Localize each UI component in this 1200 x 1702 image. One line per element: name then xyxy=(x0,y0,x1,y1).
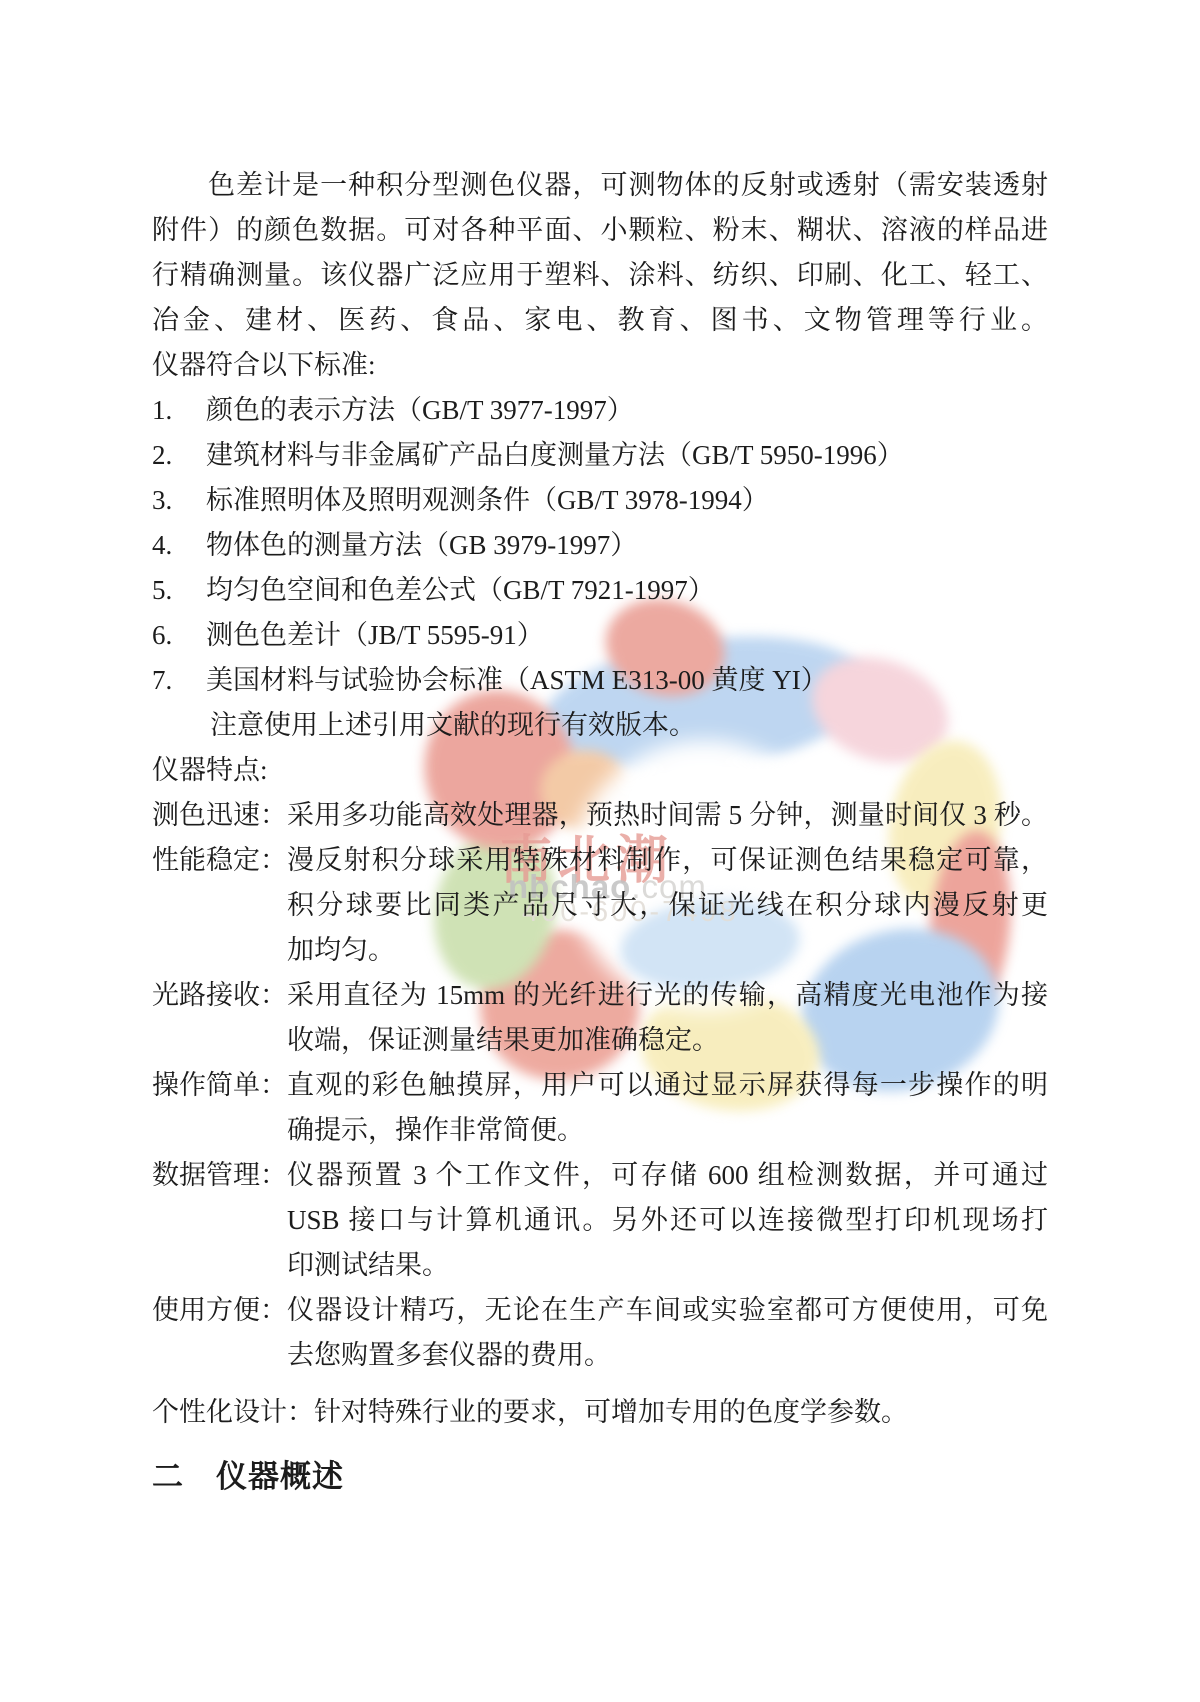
section-heading: 二 仪器概述 xyxy=(152,1454,1048,1499)
feature-item: 操作简单： 直观的彩色触摸屏，用户可以通过显示屏获得每一步操作的明 确提示，操作… xyxy=(152,1063,1048,1153)
standard-number: 3. xyxy=(152,478,206,523)
feature-item: 光路接收： 采用直径为 15mm 的光纤进行光的传输，高精度光电池作为接 收端，… xyxy=(152,973,1048,1063)
standard-number: 5. xyxy=(152,568,206,613)
note-line: 注意使用上述引用文献的现行有效版本。 xyxy=(152,703,1048,748)
feature-line: 加均匀。 xyxy=(287,928,1048,973)
standards-heading: 仪器符合以下标准: xyxy=(152,343,1048,388)
feature-text: 仪器设计精巧，无论在生产车间或实验室都可方便使用，可免 去您购置多套仪器的费用。 xyxy=(287,1288,1048,1378)
standard-item: 4.物体色的测量方法（GB 3979-1997） xyxy=(152,523,1048,568)
standard-text: 建筑材料与非金属矿产品白度测量方法（GB/T 5950-1996） xyxy=(206,433,1048,478)
feature-line: USB 接口与计算机通讯。另外还可以连接微型打印机现场打 xyxy=(287,1198,1048,1243)
feature-line: 印测试结果。 xyxy=(287,1243,1048,1288)
standard-text: 颜色的表示方法（GB/T 3977-1997） xyxy=(206,388,1048,433)
features-heading: 仪器特点: xyxy=(152,748,1048,793)
feature-item: 性能稳定： 漫反射积分球采用特殊材料制作，可保证测色结果稳定可靠， 积分球要比同… xyxy=(152,838,1048,973)
feature-label: 测色迅速： xyxy=(152,793,287,838)
feature-label: 个性化设计： xyxy=(152,1390,314,1435)
feature-line: 针对特殊行业的要求，可增加专用的色度学参数。 xyxy=(314,1390,1048,1435)
feature-line: 仪器预置 3 个工作文件，可存储 600 组检测数据，并可通过 xyxy=(287,1153,1048,1198)
document-page: 色差计是一种积分型测色仪器，可测物体的反射或透射（需安装透射 附件）的颜色数据。… xyxy=(152,163,1048,1499)
standard-text: 均匀色空间和色差公式（GB/T 7921-1997） xyxy=(206,568,1048,613)
standard-item: 3.标准照明体及照明观测条件（GB/T 3978-1994） xyxy=(152,478,1048,523)
feature-line: 积分球要比同类产品尺寸大，保证光线在积分球内漫反射更 xyxy=(287,883,1048,928)
feature-line: 采用直径为 15mm 的光纤进行光的传输，高精度光电池作为接 xyxy=(287,973,1048,1018)
feature-line: 收端，保证测量结果更加准确稳定。 xyxy=(287,1018,1048,1063)
standard-text: 测色色差计（JB/T 5595-91） xyxy=(206,613,1048,658)
feature-label: 性能稳定： xyxy=(152,838,287,883)
standard-item: 2.建筑材料与非金属矿产品白度测量方法（GB/T 5950-1996） xyxy=(152,433,1048,478)
feature-item: 个性化设计： 针对特殊行业的要求，可增加专用的色度学参数。 xyxy=(152,1390,1048,1435)
feature-line: 直观的彩色触摸屏，用户可以通过显示屏获得每一步操作的明 xyxy=(287,1063,1048,1108)
intro-line: 冶金、建材、医药、食品、家电、教育、图书、文物管理等行业。 xyxy=(152,298,1048,343)
feature-line: 漫反射积分球采用特殊材料制作，可保证测色结果稳定可靠， xyxy=(287,838,1048,883)
feature-item: 测色迅速： 采用多功能高效处理器，预热时间需 5 分钟，测量时间仅 3 秒。 xyxy=(152,793,1048,838)
feature-label: 使用方便： xyxy=(152,1288,287,1333)
feature-text: 针对特殊行业的要求，可增加专用的色度学参数。 xyxy=(314,1390,1048,1435)
standard-number: 2. xyxy=(152,433,206,478)
feature-text: 采用直径为 15mm 的光纤进行光的传输，高精度光电池作为接 收端，保证测量结果… xyxy=(287,973,1048,1063)
feature-label: 数据管理： xyxy=(152,1153,287,1198)
standard-item: 7.美国材料与试验协会标准（ASTM E313-00 黄度 YI） xyxy=(152,658,1048,703)
standard-text: 美国材料与试验协会标准（ASTM E313-00 黄度 YI） xyxy=(206,658,1048,703)
standard-item: 5.均匀色空间和色差公式（GB/T 7921-1997） xyxy=(152,568,1048,613)
feature-item: 使用方便： 仪器设计精巧，无论在生产车间或实验室都可方便使用，可免 去您购置多套… xyxy=(152,1288,1048,1378)
standard-item: 1.颜色的表示方法（GB/T 3977-1997） xyxy=(152,388,1048,433)
feature-label: 操作简单： xyxy=(152,1063,287,1108)
intro-line: 附件）的颜色数据。可对各种平面、小颗粒、粉末、糊状、溶液的样品进 xyxy=(152,208,1048,253)
feature-item: 数据管理： 仪器预置 3 个工作文件，可存储 600 组检测数据，并可通过 US… xyxy=(152,1153,1048,1288)
standard-text: 物体色的测量方法（GB 3979-1997） xyxy=(206,523,1048,568)
feature-line: 采用多功能高效处理器，预热时间需 5 分钟，测量时间仅 3 秒。 xyxy=(287,793,1048,838)
standard-number: 4. xyxy=(152,523,206,568)
feature-line: 去您购置多套仪器的费用。 xyxy=(287,1333,1048,1378)
feature-text: 采用多功能高效处理器，预热时间需 5 分钟，测量时间仅 3 秒。 xyxy=(287,793,1048,838)
feature-line: 仪器设计精巧，无论在生产车间或实验室都可方便使用，可免 xyxy=(287,1288,1048,1333)
standard-text: 标准照明体及照明观测条件（GB/T 3978-1994） xyxy=(206,478,1048,523)
feature-line: 确提示，操作非常简便。 xyxy=(287,1108,1048,1153)
standard-item: 6.测色色差计（JB/T 5595-91） xyxy=(152,613,1048,658)
intro-line: 行精确测量。该仪器广泛应用于塑料、涂料、纺织、印刷、化工、轻工、 xyxy=(152,253,1048,298)
feature-text: 仪器预置 3 个工作文件，可存储 600 组检测数据，并可通过 USB 接口与计… xyxy=(287,1153,1048,1288)
feature-text: 漫反射积分球采用特殊材料制作，可保证测色结果稳定可靠， 积分球要比同类产品尺寸大… xyxy=(287,838,1048,973)
standard-number: 1. xyxy=(152,388,206,433)
feature-text: 直观的彩色触摸屏，用户可以通过显示屏获得每一步操作的明 确提示，操作非常简便。 xyxy=(287,1063,1048,1153)
feature-label: 光路接收： xyxy=(152,973,287,1018)
standard-number: 7. xyxy=(152,658,206,703)
standard-number: 6. xyxy=(152,613,206,658)
intro-line: 色差计是一种积分型测色仪器，可测物体的反射或透射（需安装透射 xyxy=(152,163,1048,208)
